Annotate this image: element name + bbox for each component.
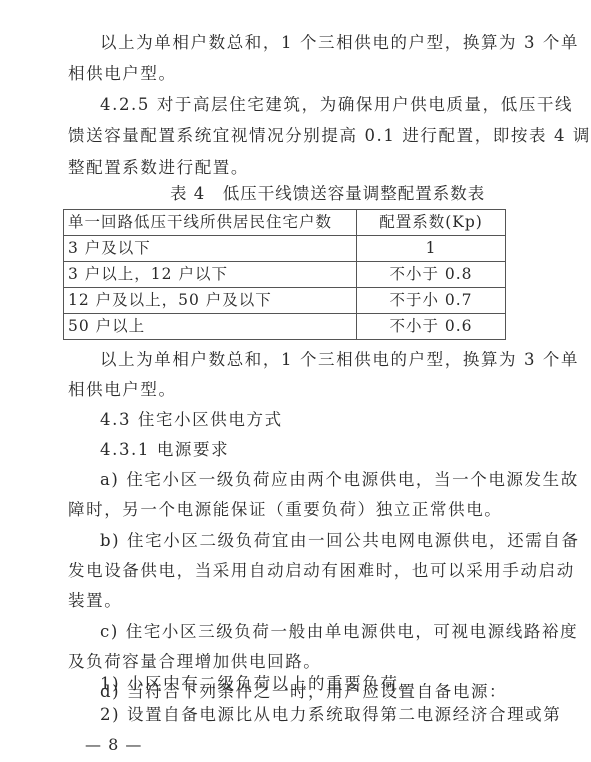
paragraph-line: 以上为单相户数总和，1 个三相供电的户型，换算为 3 个单 [100,33,579,53]
table-cell: 不小于 0.6 [357,314,506,340]
paragraph-line: 及负荷容量合理增加供电回路。 [68,652,321,672]
paragraph-line: c) 住宅小区三级负荷一般由单电源供电，可视电源线路裕度 [100,622,578,642]
paragraph-line: 以上为单相户数总和，1 个三相供电的户型，换算为 3 个单 [100,350,579,370]
list-item: 2) 设置自备电源比从电力系统取得第二电源经济合理或第 [100,705,561,725]
table-cell: 12 户及以上，50 户及以下 [64,288,357,314]
table-cell: 3 户以上，12 户以下 [64,262,357,288]
table-row: 50 户以上 不小于 0.6 [64,314,506,340]
table-cell: 不小于 0.8 [357,262,506,288]
paragraph-line: 4.2.5 对于高层住宅建筑，为确保用户供电质量，低压干线 [100,95,573,115]
table-cell: 3 户及以下 [64,236,357,262]
paragraph-line: 相供电户型。 [68,64,177,84]
table-row: 3 户及以下 1 [64,236,506,262]
paragraph-line: 发电设备供电，当采用自动启动有困难时，也可以采用手动启动 [68,561,575,581]
paragraph-line: 整配置系数进行配置。 [68,158,249,178]
document-page: 以上为单相户数总和，1 个三相供电的户型，换算为 3 个单 相供电户型。 4.2… [0,0,591,762]
table-cell: 1 [357,236,506,262]
list-item: 1) 小区中有二级负荷以上的重要负荷。 [100,674,417,694]
table-caption: 表 4 低压干线馈送容量调整配置系数表 [170,184,485,204]
paragraph-line: b) 住宅小区二级负荷宜由一回公共电网电源供电，还需自备 [100,531,580,551]
paragraph-line: 装置。 [68,591,122,611]
table-cell: 50 户以上 [64,314,357,340]
page-number: — 8 — [85,735,142,754]
subsection-heading: 4.3.1 电源要求 [100,440,229,460]
paragraph-line: 馈送容量配置系统宜视情况分别提高 0.1 进行配置，即按表 4 调 [68,126,591,146]
coefficient-table: 单一回路低压干线所供居民住宅户数 配置系数(Kp) 3 户及以下 1 3 户以上… [63,209,506,340]
paragraph-line: 相供电户型。 [68,380,177,400]
paragraph-line: a) 住宅小区一级负荷应由两个电源供电，当一个电源发生故 [100,470,579,490]
section-heading: 4.3 住宅小区供电方式 [100,410,283,430]
paragraph-line: 障时，另一个电源能保证（重要负荷）独立正常供电。 [68,500,502,520]
table-header-row: 单一回路低压干线所供居民住宅户数 配置系数(Kp) [64,210,506,236]
table-row: 12 户及以上，50 户及以下 不于小 0.7 [64,288,506,314]
table-cell: 不于小 0.7 [357,288,506,314]
table-row: 3 户以上，12 户以下 不小于 0.8 [64,262,506,288]
table-header-cell: 配置系数(Kp) [357,210,506,236]
table-header-cell: 单一回路低压干线所供居民住宅户数 [64,210,357,236]
